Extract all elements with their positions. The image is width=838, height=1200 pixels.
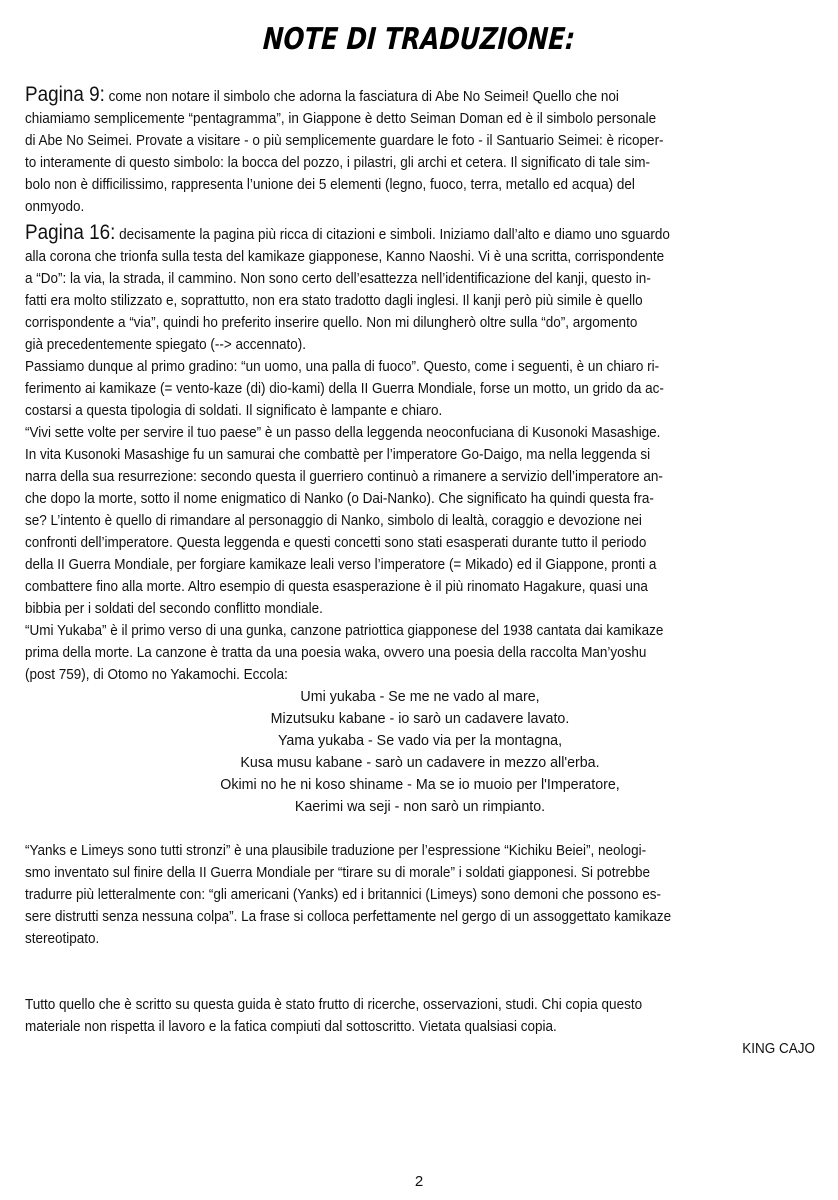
text-line: smo inventato sul finire della II Guerra… [25, 862, 736, 884]
page-title: NOTE DI TRADUZIONE: [74, 22, 763, 58]
text-line: fatti era molto stilizzato e, soprattutt… [25, 290, 736, 312]
signature: KING CAJO [104, 1038, 815, 1060]
text-line: di Abe No Seimei. Provate a visitare - o… [25, 130, 736, 152]
text-line: materiale non rispetta il lavoro e la fa… [25, 1016, 736, 1038]
text-line: che dopo la morte, sotto il nome enigmat… [25, 488, 736, 510]
text-line: tradurre più letteralmente con: “gli ame… [25, 884, 736, 906]
page-number: 2 [0, 1173, 838, 1190]
text-line: Pagina 16: decisamente la pagina più ric… [25, 218, 736, 246]
text-line: “Vivi sette volte per servire il tuo pae… [25, 422, 736, 444]
text-line: stereotipato. [25, 928, 736, 950]
text-line: (post 759), di Otomo no Yakamochi. Eccol… [25, 664, 736, 686]
poem-line: Yama yukaba - Se vado via per la montagn… [45, 730, 796, 752]
section-pagina-9: Pagina 9: come non notare il simbolo che… [25, 80, 815, 218]
text-line: In vita Kusonoki Masashige fu un samurai… [25, 444, 736, 466]
text-line: confronti dell’imperatore. Questa leggen… [25, 532, 736, 554]
document-body: Pagina 9: come non notare il simbolo che… [25, 80, 815, 1060]
text-line: Passiamo dunque al primo gradino: “un uo… [25, 356, 736, 378]
section-kichiku-beiei: “Yanks e Limeys sono tutti stronzi” è un… [25, 840, 815, 950]
text-line: “Umi Yukaba” è il primo verso di una gun… [25, 620, 736, 642]
text-line: combattere fino alla morte. Altro esempi… [25, 576, 736, 598]
text-line: corrispondente a “via”, quindi ho prefer… [25, 312, 736, 334]
text-line: già precedentemente spiegato (--> accenn… [25, 334, 736, 356]
text-line: onmyodo. [25, 196, 736, 218]
text-line: della II Guerra Mondiale, per forgiare k… [25, 554, 736, 576]
section-label: Pagina 16: [25, 221, 115, 244]
signature-block: KING CAJO [25, 1038, 815, 1060]
section-disclaimer: Tutto quello che è scritto su questa gui… [25, 994, 815, 1038]
text-line: to interamente di questo simbolo: la boc… [25, 152, 736, 174]
text-line: bibbia per i soldati del secondo conflit… [25, 598, 736, 620]
section-label: Pagina 9: [25, 83, 105, 106]
poem-line: Umi yukaba - Se me ne vado al mare, [45, 686, 796, 708]
text-line: prima della morte. La canzone è tratta d… [25, 642, 736, 664]
text-line: “Yanks e Limeys sono tutti stronzi” è un… [25, 840, 736, 862]
text-line: Pagina 9: come non notare il simbolo che… [25, 80, 736, 108]
spacer [25, 818, 815, 840]
poem-line: Mizutsuku kabane - io sarò un cadavere l… [45, 708, 796, 730]
text-line: alla corona che trionfa sulla testa del … [25, 246, 736, 268]
document-page: NOTE DI TRADUZIONE: Pagina 9: come non n… [0, 0, 838, 1200]
text-line: sere distrutti senza nessuna colpa”. La … [25, 906, 736, 928]
spacer [25, 950, 815, 994]
poem-line: Kusa musu kabane - sarò un cadavere in m… [45, 752, 796, 774]
poem-line: Okimi no he ni koso shiname - Ma se io m… [45, 774, 796, 796]
section-pagina-16: Pagina 16: decisamente la pagina più ric… [25, 218, 815, 686]
text-line: se? L’intento è quello di rimandare al p… [25, 510, 736, 532]
text-line: ferimento ai kamikaze (= vento-kaze (di)… [25, 378, 736, 400]
text-line: a “Do”: la via, la strada, il cammino. N… [25, 268, 736, 290]
poem-line: Kaerimi wa seji - non sarò un rimpianto. [45, 796, 796, 818]
text-line: costarsi a questa tipologia di soldati. … [25, 400, 736, 422]
text-line: narra della sua resurrezione: secondo qu… [25, 466, 736, 488]
text-line: Tutto quello che è scritto su questa gui… [25, 994, 736, 1016]
poem-umi-yukaba: Umi yukaba - Se me ne vado al mare, Mizu… [25, 686, 815, 818]
text-line: bolo non è difficilissimo, rappresenta l… [25, 174, 736, 196]
text-line: chiamiamo semplicemente “pentagramma”, i… [25, 108, 736, 130]
